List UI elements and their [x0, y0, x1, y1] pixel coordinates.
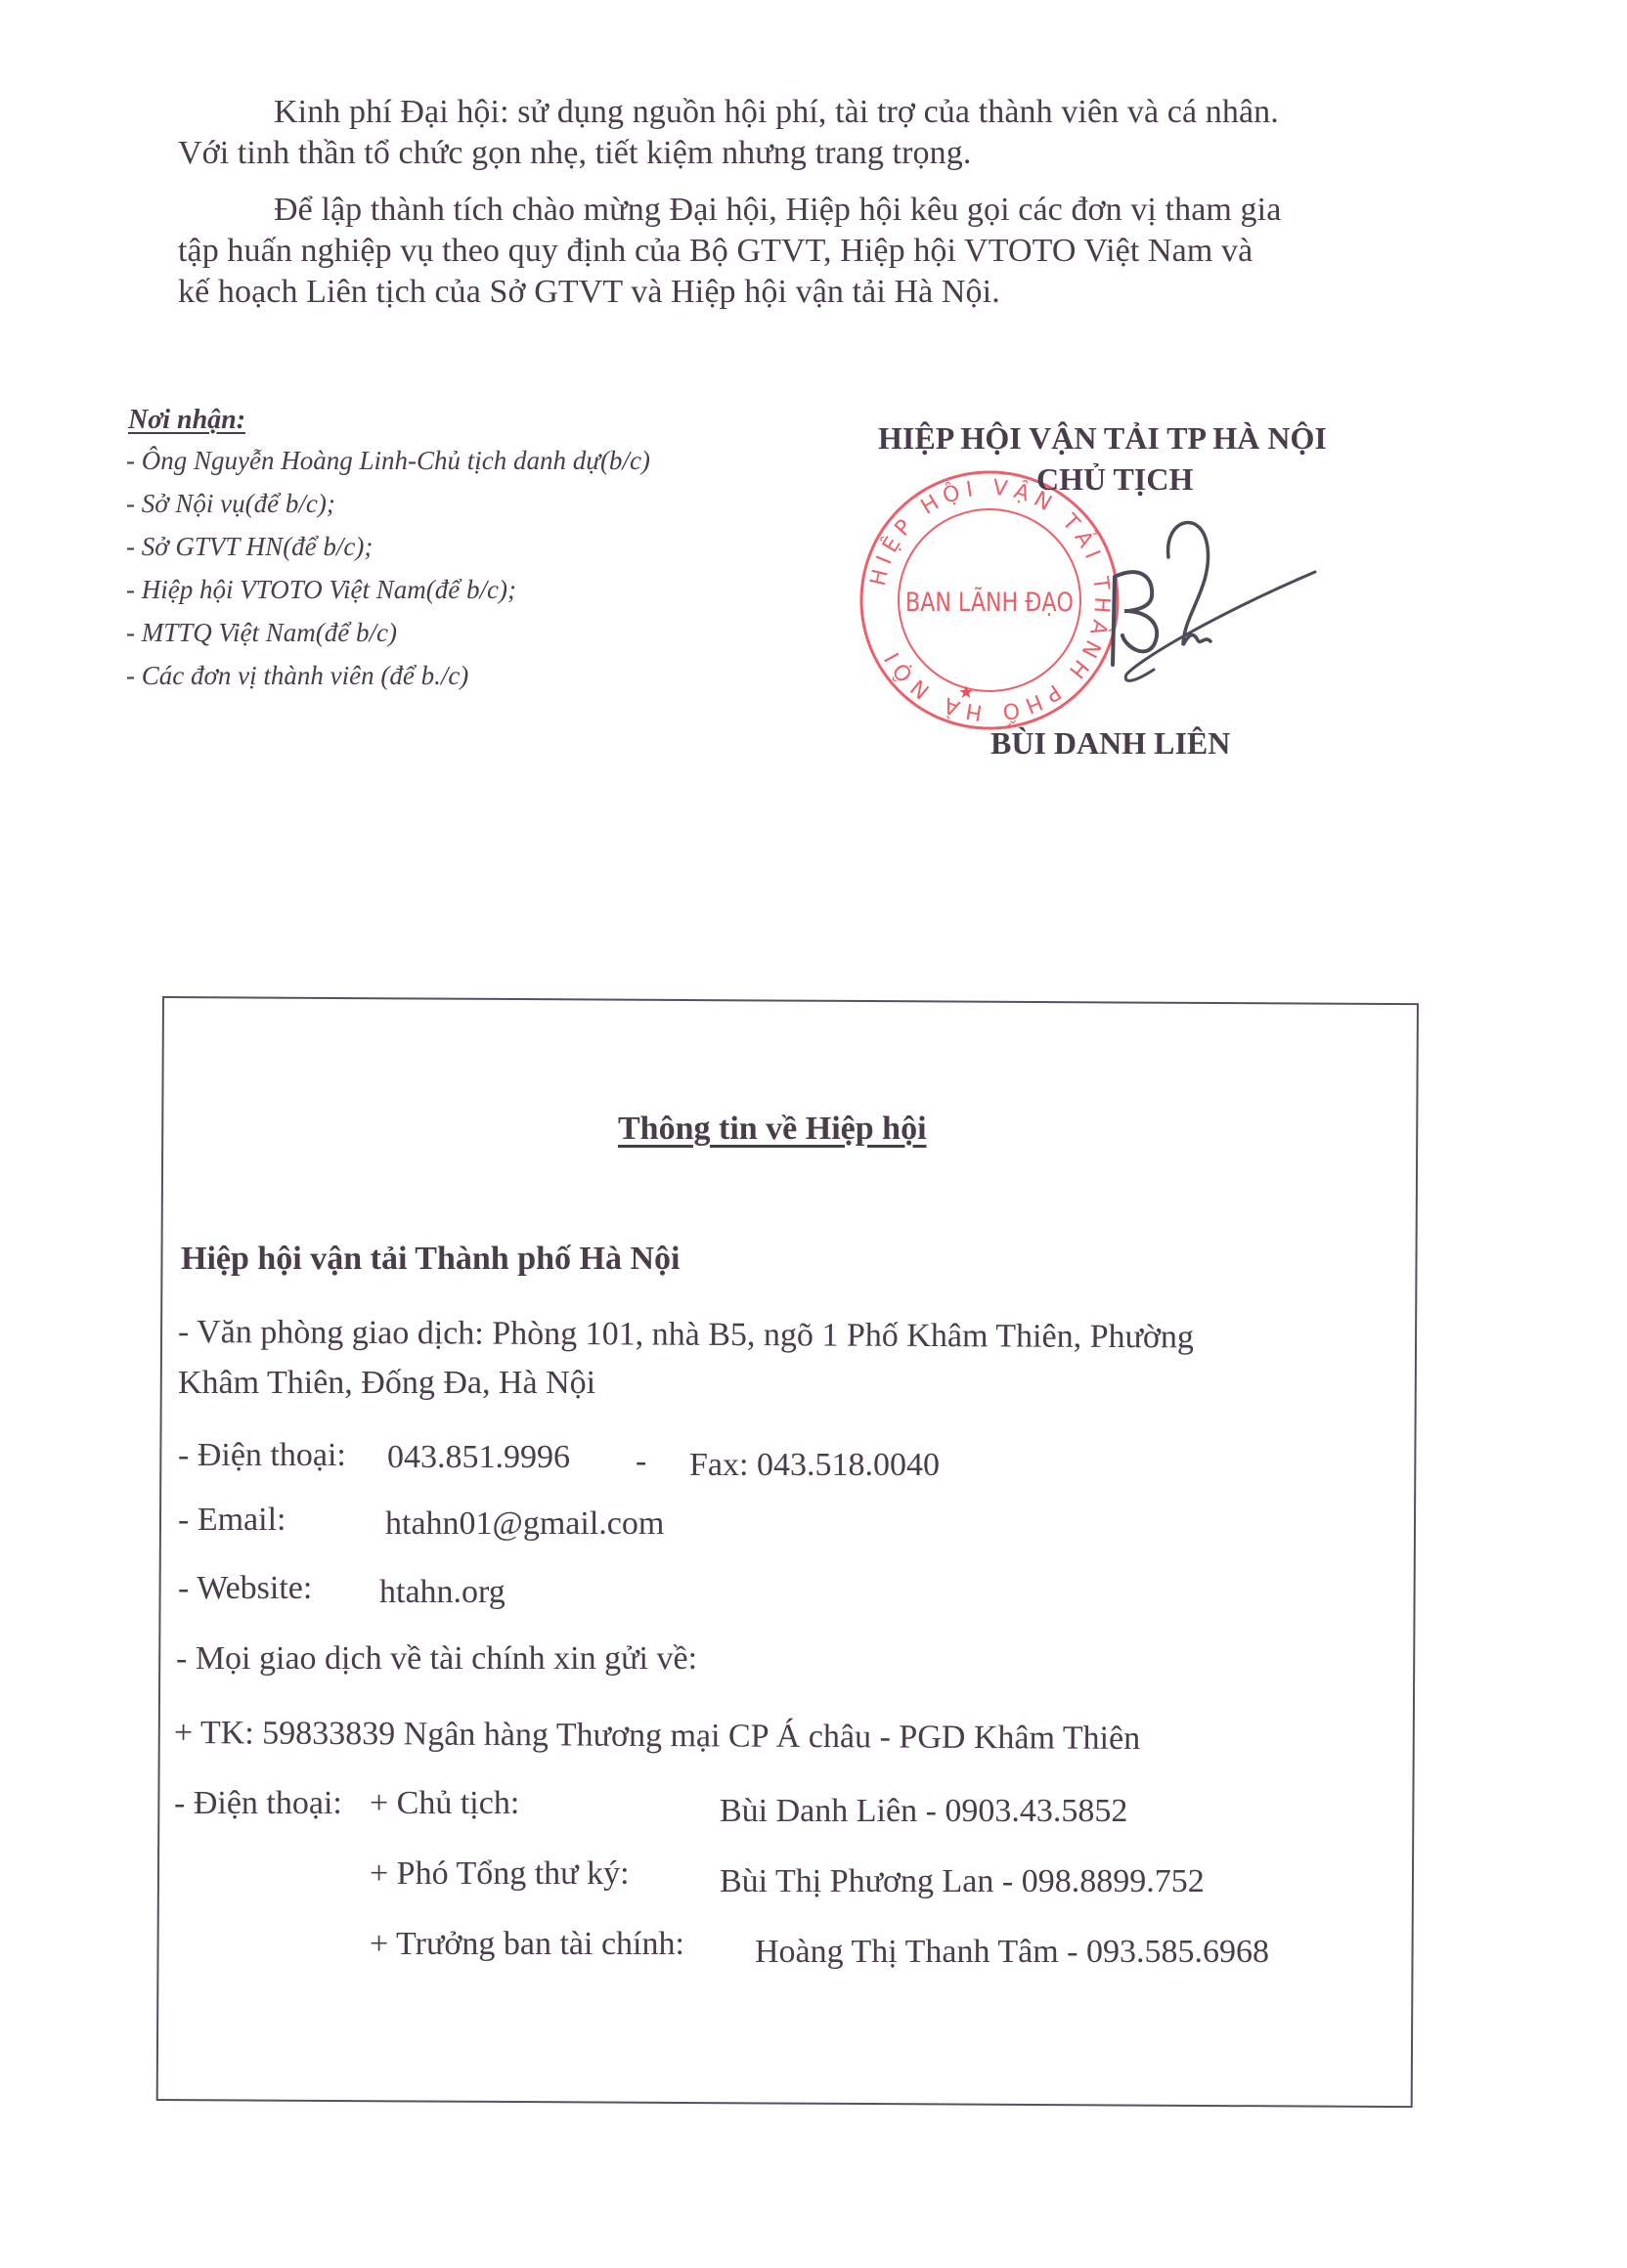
- office-address-line-1: - Văn phòng giao dịch: Phòng 101, nhà B5…: [178, 1314, 1194, 1356]
- contact-role: + Trưởng ban tài chính:: [370, 1926, 684, 1963]
- svg-text:★: ★: [958, 682, 974, 703]
- paragraph-2-line-3: kế hoạch Liên tịch của Sở GTVT và Hiệp h…: [178, 276, 1000, 309]
- issuing-organization: HIỆP HỘI VẬN TẢI TP HÀ NỘI: [878, 420, 1327, 457]
- recipients-title: Nơi nhận:: [128, 405, 245, 436]
- recipient-item: - Sở Nội vụ(để b/c);: [126, 491, 335, 517]
- phone-fax-separator: -: [636, 1443, 646, 1480]
- association-name: Hiệp hội vận tải Thành phố Hà Nội: [181, 1241, 680, 1278]
- fax-number: Fax: 043.518.0040: [689, 1447, 940, 1484]
- email-link[interactable]: htahn01@gmail.com: [385, 1505, 664, 1543]
- contact-role: + Phó Tổng thư ký:: [370, 1855, 630, 1893]
- signature-icon: [1095, 499, 1320, 694]
- recipient-item: - Các đơn vị thành viên (để b./c): [126, 663, 468, 689]
- recipient-item: - MTTQ Việt Nam(để b/c): [126, 620, 397, 646]
- phone-label: - Điện thoại:: [178, 1437, 346, 1474]
- office-address-line-2: Khâm Thiên, Đống Đa, Hà Nội: [178, 1365, 595, 1402]
- bank-account: + TK: 59833839 Ngân hàng Thương mại CP Á…: [174, 1715, 1141, 1758]
- finance-note: - Mọi giao dịch về tài chính xin gửi về:: [176, 1640, 697, 1678]
- website-link[interactable]: htahn.org: [379, 1574, 506, 1611]
- paragraph-1-line-2: Với tinh thần tổ chức gọn nhẹ, tiết kiệm…: [178, 137, 971, 170]
- website-label: - Website:: [178, 1570, 312, 1607]
- recipient-item: - Sở GTVT HN(để b/c);: [126, 534, 373, 560]
- recipient-item: - Hiệp hội VTOTO Việt Nam(để b/c);: [126, 577, 516, 603]
- contact-person: Hoàng Thị Thanh Tâm - 093.585.6968: [755, 1934, 1269, 1971]
- svg-text:BAN LÃNH ĐẠO: BAN LÃNH ĐẠO: [905, 587, 1074, 618]
- recipient-item: - Ông Nguyễn Hoàng Linh-Chủ tịch danh dự…: [126, 448, 650, 474]
- contact-person: Bùi Thị Phương Lan - 098.8899.752: [720, 1863, 1205, 1900]
- phone-number: 043.851.9996: [387, 1439, 570, 1476]
- signer-position: CHỦ TỊCH: [1036, 461, 1193, 498]
- email-label: - Email:: [178, 1502, 286, 1539]
- paragraph-2-line-2: tập huấn nghiệp vụ theo quy định của Bộ …: [178, 235, 1253, 268]
- contact-role: + Chủ tịch:: [370, 1785, 519, 1822]
- signer-name: BÙI DANH LIÊN: [990, 725, 1230, 762]
- paragraph-2-line-1: Để lập thành tích chào mừng Đại hội, Hiệ…: [274, 194, 1281, 227]
- contact-person: Bùi Danh Liên - 0903.43.5852: [720, 1793, 1127, 1830]
- info-box-title: Thông tin về Hiệp hội: [618, 1111, 927, 1148]
- contacts-label: - Điện thoại:: [174, 1785, 342, 1822]
- paragraph-1-line-1: Kinh phí Đại hội: sử dụng nguồn hội phí,…: [274, 96, 1279, 129]
- official-stamp-icon: HIỆP HỘI VẬN TẢI THÀNH PHỐ HÀ NỘI BAN LÃ…: [857, 467, 1122, 733]
